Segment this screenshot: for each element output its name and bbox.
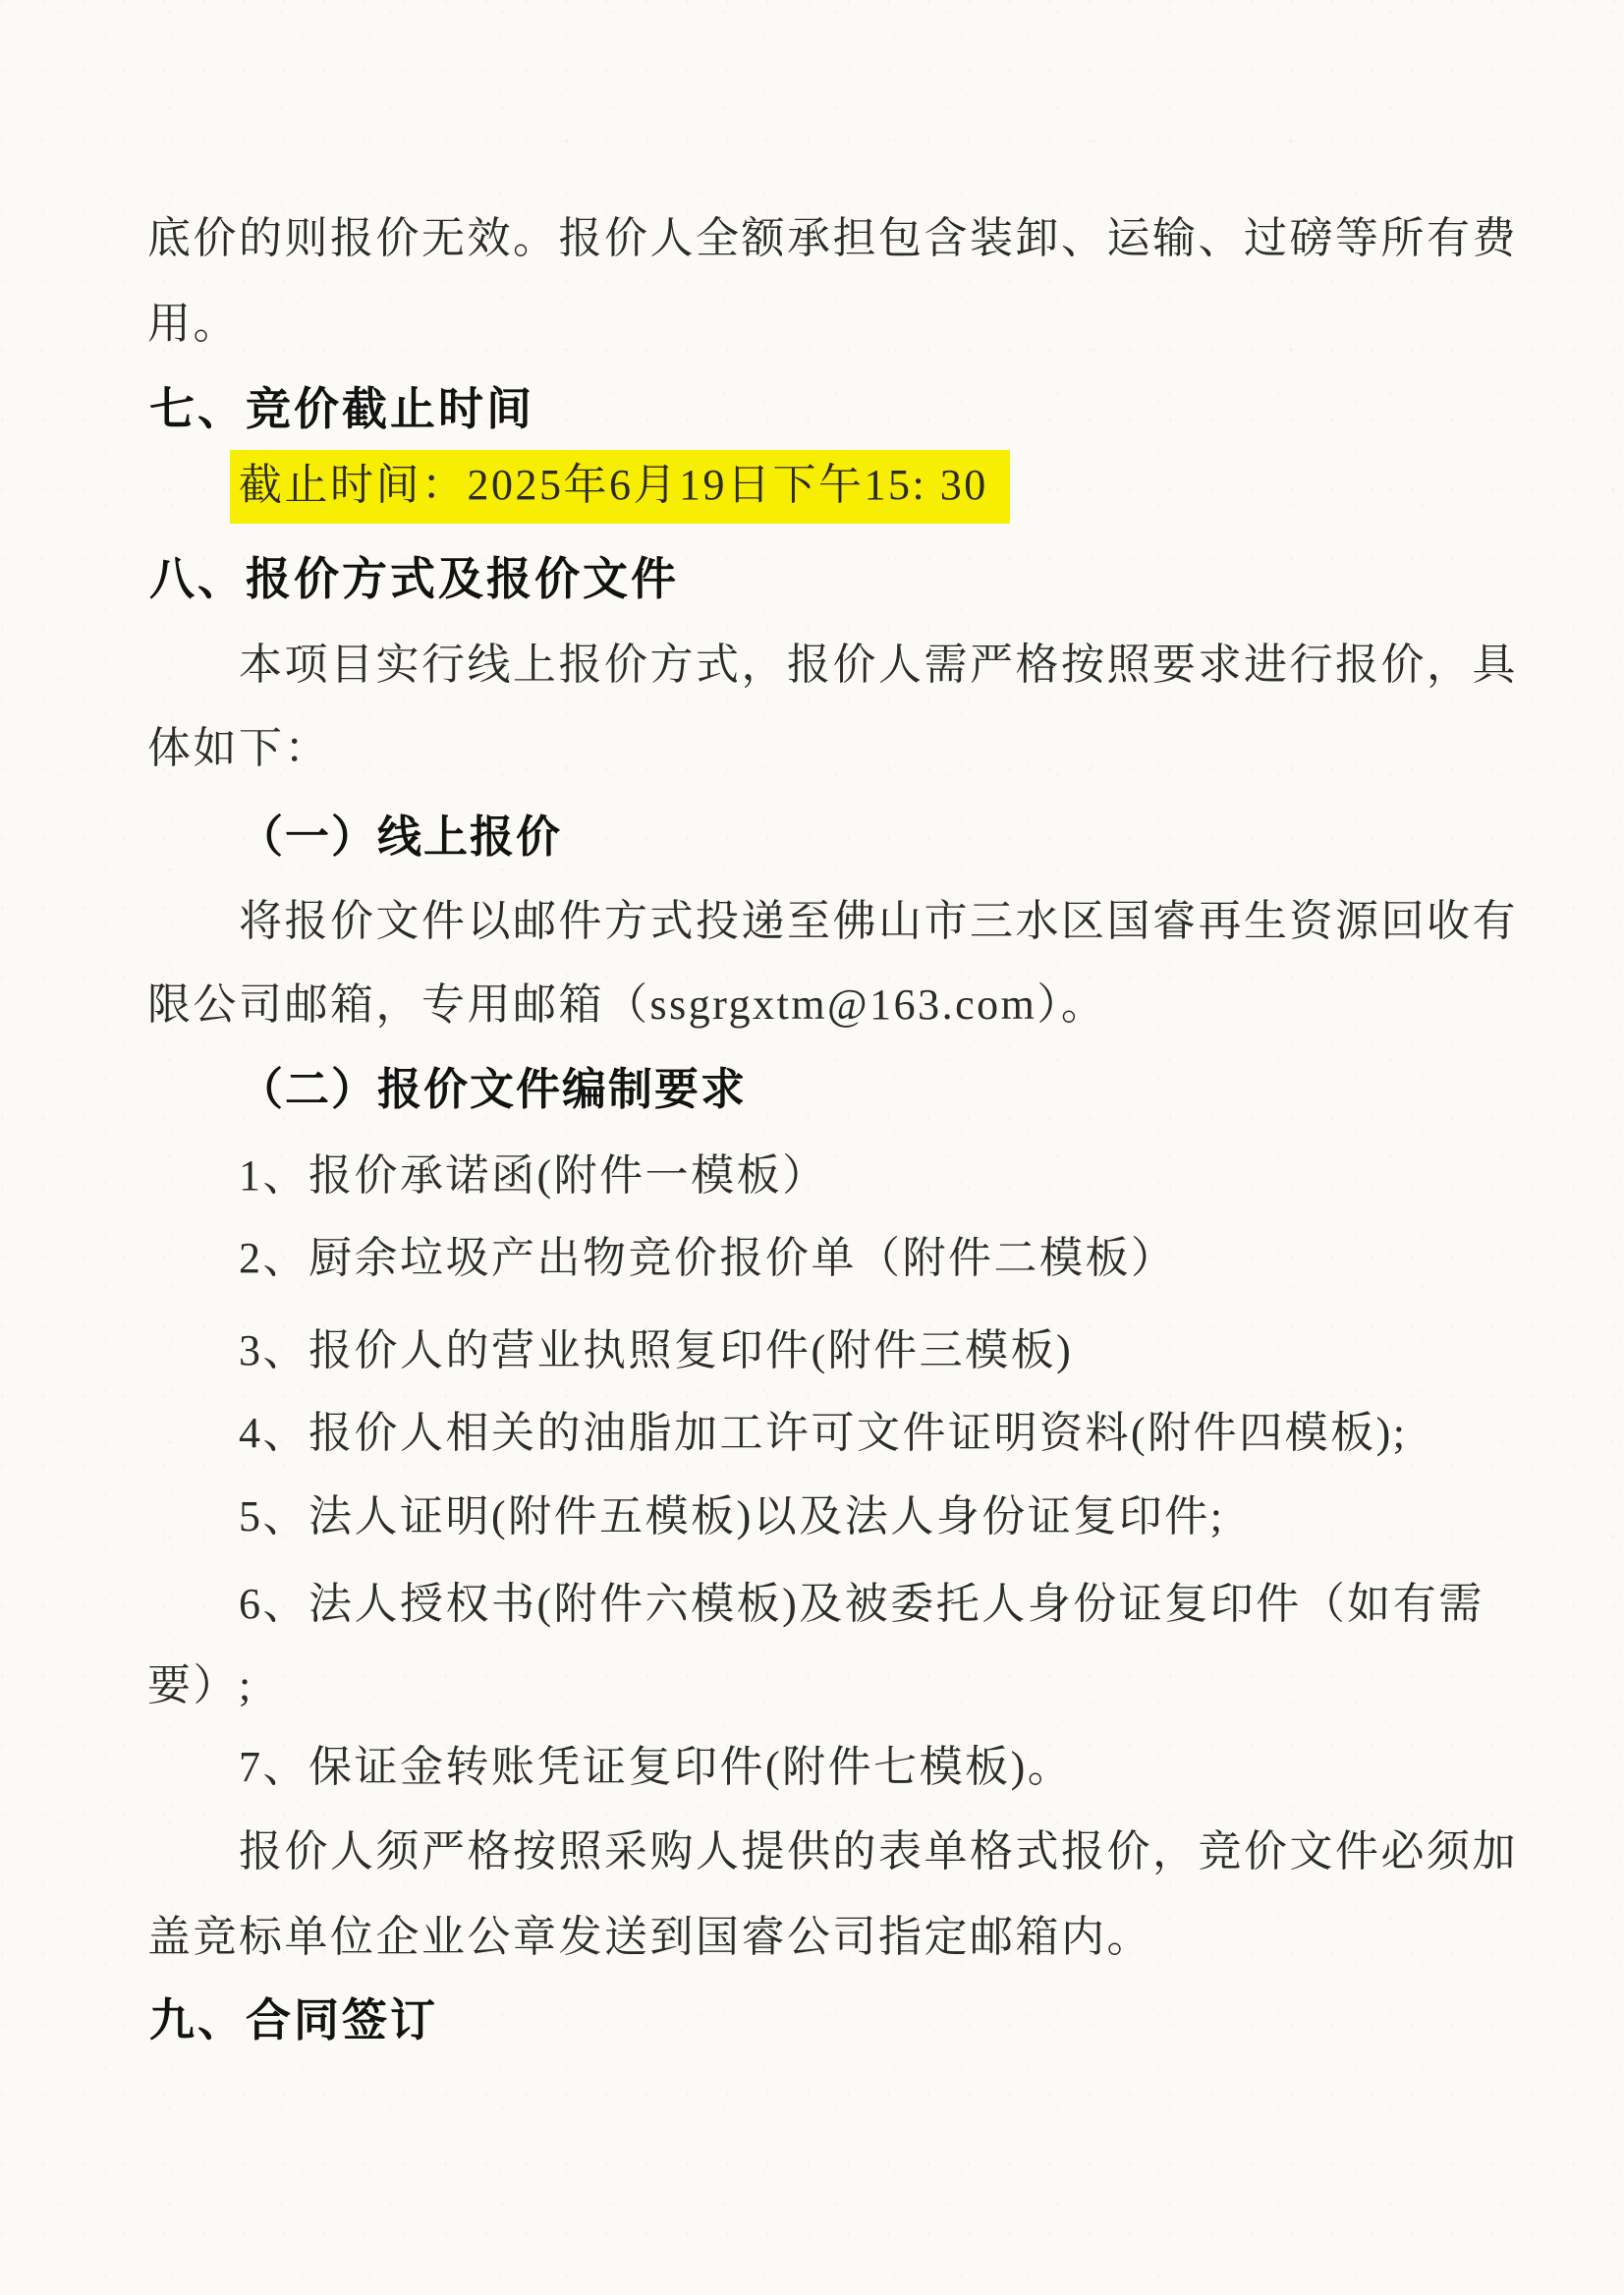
list-item-6-wrap: 要）; <box>147 1661 253 1711</box>
section-7-heading: 七、竞价截止时间 <box>149 383 534 435</box>
list-item-3: 3、报价人的营业执照复印件(附件三模板) <box>239 1326 1073 1376</box>
list-item-4: 4、报价人相关的油脂加工许可文件证明资料(附件四模板); <box>239 1409 1408 1459</box>
section-8-intro-line-2: 体如下： <box>147 724 330 774</box>
subsection-1-heading: （一）线上报价 <box>239 812 562 863</box>
online-quote-line-1: 将报价文件以邮件方式投递至佛山市三水区国睿再生资源回收有 <box>239 897 1518 947</box>
document-page: 底价的则报价无效。报价人全额承担包含装卸、运输、过磅等所有费 用。 七、竞价截止… <box>0 0 1624 2295</box>
list-item-6: 6、法人授权书(附件六模板)及被委托人身份证复印件（如有需 <box>239 1580 1484 1630</box>
intro-line-2: 用。 <box>147 300 239 350</box>
closing-paragraph-line-1: 报价人须严格按照采购人提供的表单格式报价，竞价文件必须加 <box>239 1827 1518 1877</box>
section-9-heading: 九、合同签订 <box>149 1994 438 2046</box>
list-item-1: 1、报价承诺函(附件一模板） <box>239 1151 828 1202</box>
list-item-7: 7、保证金转账凭证复印件(附件七模板)。 <box>239 1743 1073 1793</box>
online-quote-line-2: 限公司邮箱，专用邮箱（ssgrgxtm@163.com）。 <box>147 980 1106 1031</box>
intro-line-1: 底价的则报价无效。报价人全额承担包含装卸、运输、过磅等所有费 <box>147 214 1518 264</box>
list-item-2: 2、厨余垃圾产出物竞价报价单（附件二模板） <box>239 1234 1177 1284</box>
section-8-heading: 八、报价方式及报价文件 <box>149 553 679 605</box>
deadline-highlight: 截止时间：2025年6月19日下午15: 30 <box>230 450 1010 524</box>
deadline-highlight-text: 截止时间：2025年6月19日下午15: 30 <box>230 450 1010 524</box>
subsection-2-heading: （二）报价文件编制要求 <box>239 1064 747 1115</box>
closing-paragraph-line-2: 盖竞标单位企业公章发送到国睿公司指定邮箱内。 <box>147 1913 1152 1963</box>
list-item-5: 5、法人证明(附件五模板)以及法人身份证复印件; <box>239 1492 1225 1542</box>
section-8-intro-line-1: 本项目实行线上报价方式，报价人需严格按照要求进行报价，具 <box>239 641 1518 691</box>
